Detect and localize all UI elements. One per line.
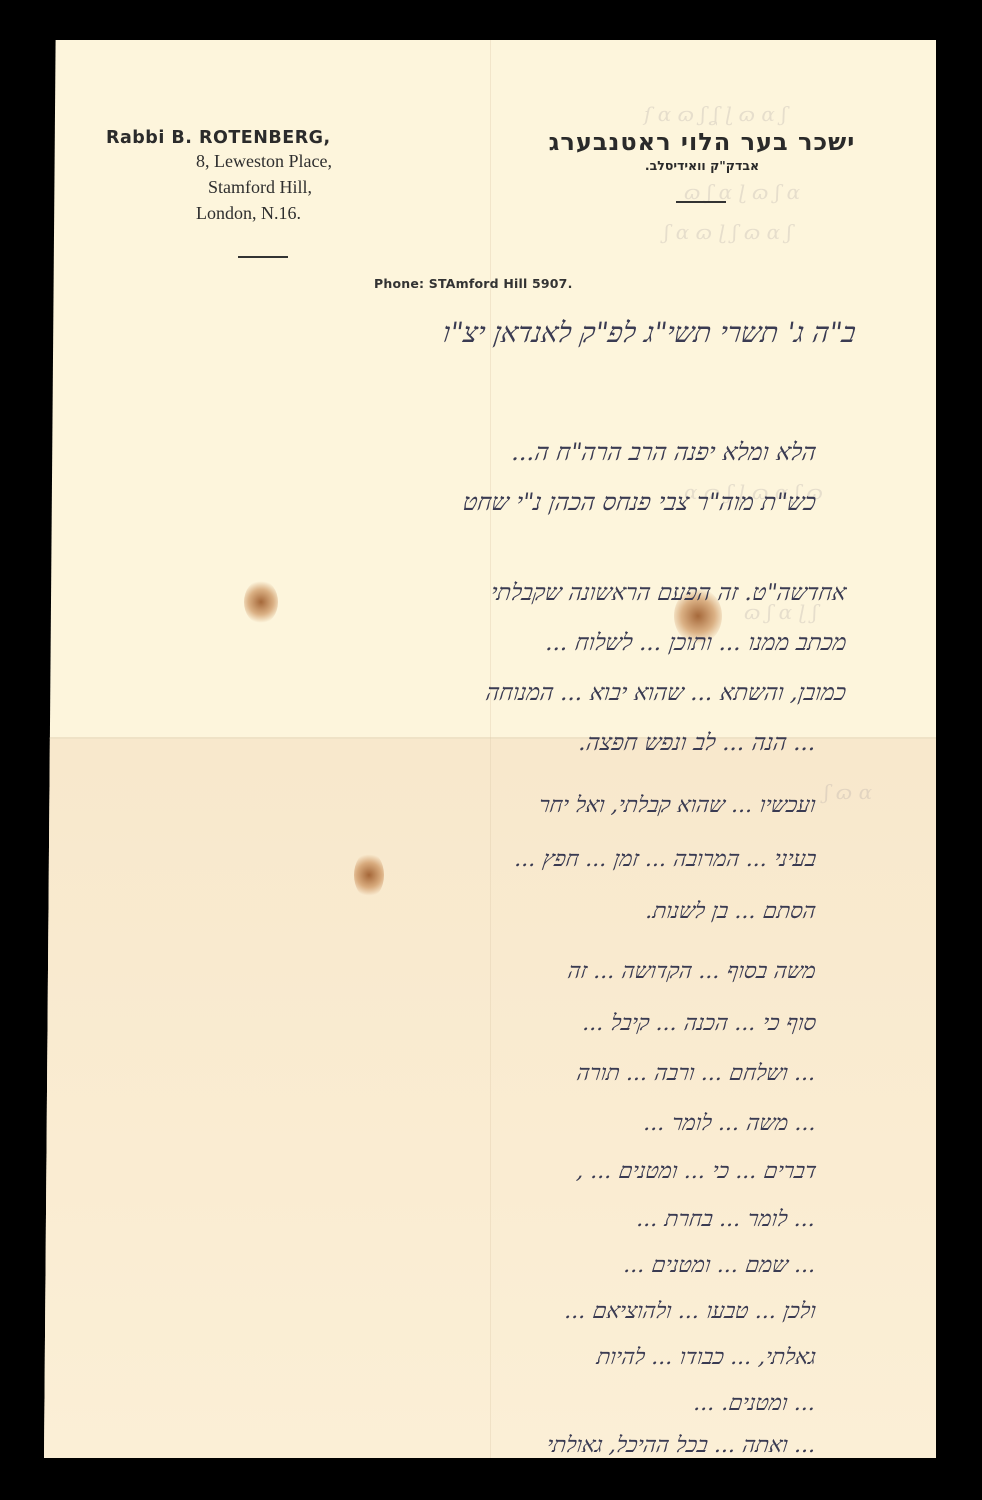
address-line: 8, Leweston Place,	[196, 148, 424, 174]
body-line: בעיני ... המרובה ... זמן ... חפץ ...	[513, 846, 818, 872]
body-line: כמובן, והשתא ... שהוא יבוא ... המנוחה	[484, 680, 848, 706]
address-line: London, N.16.	[196, 200, 424, 226]
letterhead-rule-left	[238, 256, 288, 258]
vertical-fold-line	[490, 40, 491, 1458]
body-line: ... הנה ... לב ונפש חפצה.	[577, 730, 818, 756]
rabbi-name: Rabbi B. ROTENBERG,	[104, 128, 424, 148]
salutation-line: הלא ומלא יפנה הרב הרה"ח ה...	[510, 438, 818, 467]
body-line: ... לומר ... בחרת ...	[636, 1206, 818, 1232]
body-line: מכתב ממנו ... ותוכן ... לשלוח ...	[544, 630, 848, 656]
body-line: אחדשה"ט. זה הפעם הראשונה שקבלתי	[489, 580, 848, 606]
letterhead-english: Rabbi B. ROTENBERG, 8, Leweston Place, S…	[104, 128, 424, 226]
body-line: משה בסוף ... הקדושה ... זה	[566, 958, 817, 984]
body-line: ולכן ... טבעו ... ולהוציאם ...	[563, 1298, 817, 1324]
hebrew-title: אבדק"ק וואידיסלב.	[492, 158, 912, 173]
bleed-through-text: ʃ ɑ ɷ ɭ ʃ ɷ ɑ ʃ	[664, 220, 792, 244]
address-block: 8, Leweston Place, Stamford Hill, London…	[144, 148, 424, 226]
body-line: ... משה ... לומר ...	[642, 1110, 818, 1136]
stain-mark	[354, 852, 384, 898]
bleed-through-text: ſ ɑ ɷ ʃ ʆ ɭ ɷ ɑ ʃ	[644, 102, 787, 126]
body-line: ... שמם ... ומטנים ...	[622, 1252, 818, 1278]
hebrew-name: ישכר בער הלוי ראטנבערג	[492, 128, 912, 156]
bleed-through-text: ʃ ɷ ɑ	[824, 780, 872, 804]
letter-page: ſ ɑ ɷ ʃ ʆ ɭ ɷ ɑ ʃ ɷ ʃ ɑ ɭ ɷ ʃ ɑ ʃ ɑ ɷ ɭ …	[44, 40, 936, 1458]
body-line: ... ושלחם ... ורבה ... תורה	[575, 1060, 817, 1086]
body-line: דברים ... כי ... ומטנים ... ,	[575, 1158, 818, 1184]
body-line: ... ואתה ... בכל ההיכל, גאולתי	[545, 1432, 818, 1458]
stain-mark	[244, 580, 278, 624]
phone-number: Phone: STAmford Hill 5907.	[374, 276, 573, 291]
body-line: הסתם ... בן לשנות.	[644, 898, 817, 924]
body-line: גאלתי, ... כבודו ... להיות	[595, 1344, 817, 1370]
letterhead-rule-right	[676, 201, 726, 203]
date-line: ב"ה ג' תשרי תשי"ג לפ"ק לאנדאן יצ"ו	[441, 316, 858, 350]
body-line: ועכשיו ... שהוא קבלתי, ואל יחר	[538, 792, 818, 818]
letterhead-hebrew: ישכר בער הלוי ראטנבערג אבדק"ק וואידיסלב.	[492, 128, 912, 173]
body-line: ... ומטנים. ...	[693, 1390, 818, 1416]
body-line: סוף כי ... הכנה ... קיבל ...	[581, 1010, 818, 1036]
salutation-line: כש"ת מוה"ר צבי פנחס הכהן נ"י שחט	[461, 488, 818, 517]
address-line: Stamford Hill,	[196, 174, 424, 200]
